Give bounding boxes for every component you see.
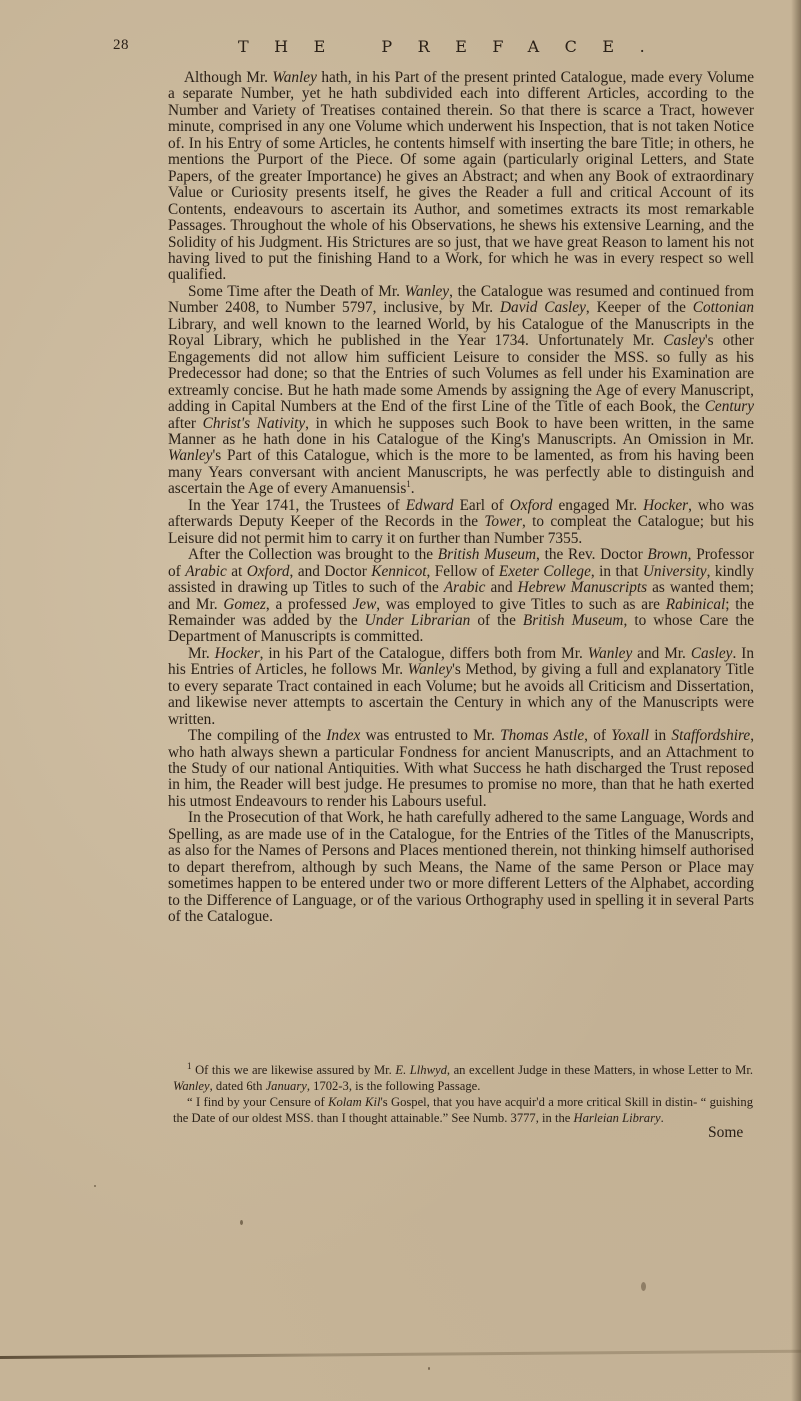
italic-text: Kolam Kil [328,1095,380,1109]
book-page: 28 THE PREFACE. Although Mr. Wanley hath… [0,0,801,1401]
body-paragraph: Although Mr. Wanley hath, in his Part of… [168,70,754,284]
text-run: , was employed to give Titles to such as… [376,596,665,613]
text-run: In the Year 1741, the Trustees of [188,497,406,514]
italic-text: Jew [352,596,376,613]
running-head: THE PREFACE. [238,37,670,56]
text-run: after [168,415,203,432]
text-run: and Mr. [632,645,691,662]
text-run: , Keeper of the [586,299,693,316]
italic-text: Rabinical [666,596,725,613]
italic-text: Exeter College [499,563,591,580]
italic-text: Arabic [444,579,486,596]
text-run: , dated 6th [210,1079,266,1093]
page-header: 28 THE PREFACE. [0,37,801,61]
paper-fold-line [0,1350,801,1359]
italic-text: University [643,563,707,580]
italic-text: Christ's Nativity [203,415,306,432]
italic-text: Wanley [173,1079,210,1093]
page-binding-edge [791,0,801,1401]
text-run: Although Mr. [184,69,272,86]
text-run: The compiling of the [188,727,326,744]
italic-text: Staffordshire [671,727,750,744]
body-paragraph: Mr. Hocker, in his Part of the Catalogue… [168,646,754,728]
text-run: After the Collection was brought to the [188,546,438,563]
italic-text: British Museum [438,546,536,563]
paper-speck [240,1220,243,1225]
italic-text: Index [326,727,360,744]
italic-text: Gomez [223,596,266,613]
italic-text: Wanley [272,69,316,86]
italic-text: British Museum [523,612,624,629]
italic-text: Yoxall [611,727,649,744]
text-run: . [661,1111,664,1125]
italic-text: Under Librarian [365,612,471,629]
text-run: , of [584,727,611,744]
italic-text: Hocker [215,645,260,662]
text-run: , in that [591,563,643,580]
preface-body: Although Mr. Wanley hath, in his Part of… [168,70,754,926]
body-paragraph: After the Collection was brought to the … [168,547,754,646]
paper-speck [428,1367,430,1370]
text-run: and [485,579,517,596]
text-run: “ I find by your Censure of [187,1095,328,1109]
italic-text: Wanley [588,645,632,662]
page-number: 28 [113,37,129,54]
italic-text: Edward [406,497,454,514]
text-run: Of this we are likewise assured by Mr. [192,1063,396,1077]
body-paragraph: In the Prosecution of that Work, he hath… [168,810,754,925]
italic-text: David Casley [500,299,586,316]
text-run: 's Part of this Catalogue, which is the … [168,447,754,497]
italic-text: Brown [647,546,687,563]
text-run: , in his Part of the Catalogue, differs … [260,645,588,662]
italic-text: Tower [484,513,522,530]
italic-text: Thomas Astle [500,727,584,744]
text-run: , an excellent Judge in these Matters, i… [447,1063,753,1077]
text-run: engaged Mr. [553,497,644,514]
italic-text: Casley [691,645,733,662]
italic-text: Wanley [405,283,449,300]
text-run: at [227,563,247,580]
text-run: in [649,727,671,744]
italic-text: Oxford [510,497,553,514]
italic-text: Casley [663,332,705,349]
italic-text: E. Llhwyd [395,1063,447,1077]
body-paragraph: In the Year 1741, the Trustees of Edward… [168,498,754,547]
footnote-paragraph: 1 Of this we are likewise assured by Mr.… [173,1062,753,1094]
italic-text: Arabic [185,563,227,580]
text-run: , a professed [266,596,353,613]
text-run: of the [470,612,523,629]
footnote: 1 Of this we are likewise assured by Mr.… [173,1062,753,1126]
paper-speck [94,1185,96,1187]
italic-text: Harleian Library [573,1111,660,1125]
text-run: , the Rev. Doctor [536,546,647,563]
italic-text: January [266,1079,307,1093]
text-run: , and Doctor [290,563,372,580]
body-paragraph: The compiling of the Index was entrusted… [168,728,754,810]
text-run: was entrusted to Mr. [360,727,500,744]
italic-text: Oxford [247,563,290,580]
text-run: Earl of [454,497,510,514]
text-run: . [411,480,415,497]
italic-text: Kennicot [371,563,426,580]
text-run: , Fellow of [427,563,499,580]
footnote-paragraph: “ I find by your Censure of Kolam Kil's … [173,1094,753,1126]
text-run: hath, in his Part of the present printed… [168,69,754,283]
paper-speck [641,1282,646,1291]
text-run: Mr. [188,645,215,662]
body-paragraph: Some Time after the Death of Mr. Wanley,… [168,284,754,498]
text-run: , 1702-3, is the following Passage. [307,1079,481,1093]
italic-text: Wanley [408,661,452,678]
italic-text: Century [705,398,754,415]
italic-text: Hocker [643,497,688,514]
text-run: In the Prosecution of that Work, he hath… [168,809,754,925]
text-run: Some Time after the Death of Mr. [188,283,405,300]
italic-text: Hebrew Manuscripts [518,579,647,596]
italic-text: Cottonian [693,299,754,316]
italic-text: Wanley [168,447,212,464]
catchword: Some [708,1124,743,1142]
